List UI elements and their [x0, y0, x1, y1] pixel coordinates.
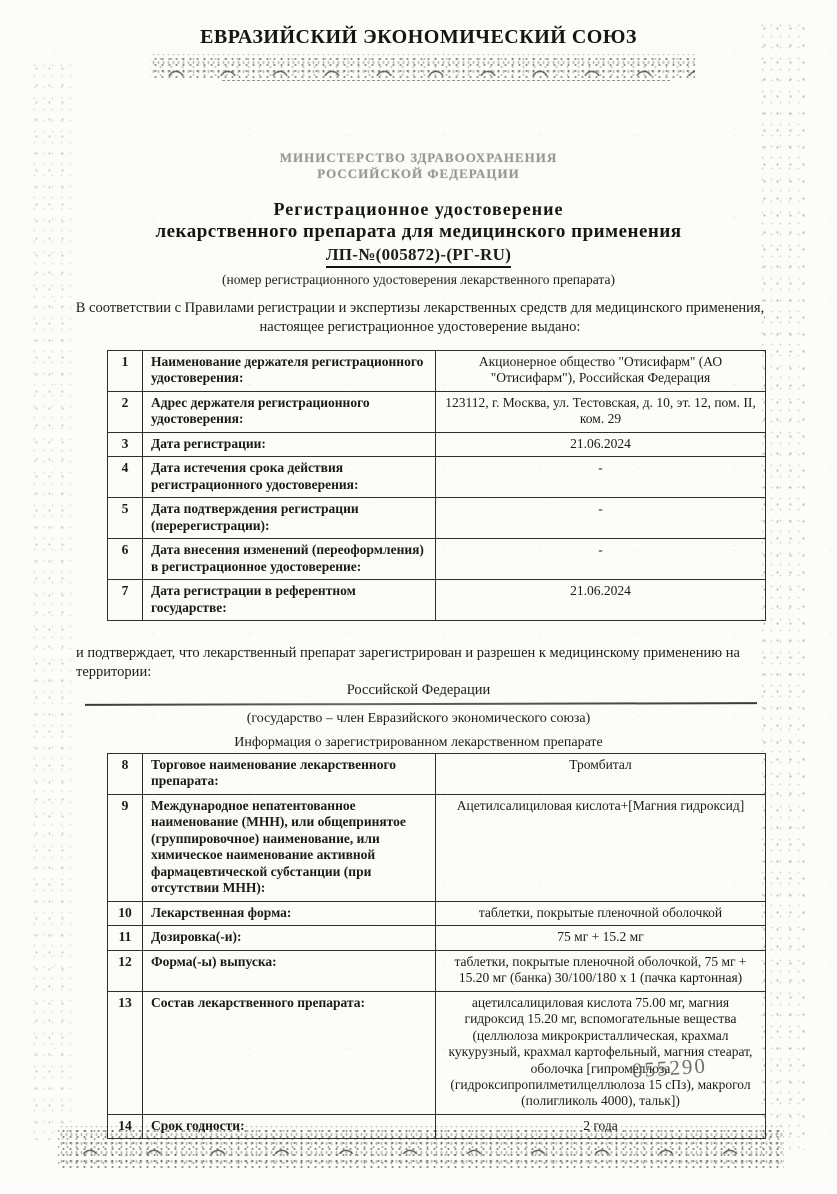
row-number: 2	[108, 391, 143, 432]
document-title: Регистрационное удостоверение лекарствен…	[0, 199, 837, 243]
row-label: Адрес держателя регистрационного удостов…	[143, 391, 436, 432]
row-label: Состав лекарственного препарата:	[143, 991, 436, 1114]
territory-caption: (государство – член Евразийского экономи…	[0, 711, 837, 727]
intro-paragraph: В соответствии с Правилами регистрации и…	[70, 299, 770, 337]
row-label: Международное непатентованное наименован…	[143, 794, 436, 901]
table-row: 8 Торговое наименование лекарственного п…	[108, 754, 766, 795]
top-guilloche-ornament	[150, 54, 695, 78]
row-label: Торговое наименование лекарственного пре…	[143, 754, 436, 795]
product-table: 8 Торговое наименование лекарственного п…	[107, 753, 766, 1139]
row-label: Форма(-ы) выпуска:	[143, 950, 436, 991]
row-value: -	[436, 498, 766, 539]
row-value: -	[436, 457, 766, 498]
info-section-title: Информация о зарегистрированном лекарств…	[0, 735, 837, 751]
row-number: 10	[108, 901, 143, 925]
table-row: 10 Лекарственная форма: таблетки, покрыт…	[108, 901, 766, 925]
row-label: Дата подтверждения регистрации (перереги…	[143, 498, 436, 539]
row-number: 1	[108, 351, 143, 392]
territory-name: Российской Федерации	[0, 682, 837, 699]
table-row: 5 Дата подтверждения регистрации (перере…	[108, 498, 766, 539]
row-number: 9	[108, 794, 143, 901]
territory-underline	[85, 702, 757, 705]
table-row: 3 Дата регистрации: 21.06.2024	[108, 432, 766, 456]
table-row: 13 Состав лекарственного препарата: ацет…	[108, 991, 766, 1114]
ministry-header: МИНИСТЕРСТВО ЗДРАВООХРАНЕНИЯ РОССИЙСКОЙ …	[0, 150, 837, 183]
table-row: 6 Дата внесения изменений (переоформлени…	[108, 539, 766, 580]
row-label: Дата регистрации:	[143, 432, 436, 456]
row-value: таблетки, покрытые пленочной оболочкой, …	[436, 950, 766, 991]
row-number: 14	[108, 1114, 143, 1138]
table-row: 1 Наименование держателя регистрационног…	[108, 351, 766, 392]
row-number: 12	[108, 950, 143, 991]
table-row: 14 Срок годности: 2 года	[108, 1114, 766, 1138]
row-number: 11	[108, 926, 143, 950]
row-label: Дозировка(-и):	[143, 926, 436, 950]
registration-number: ЛП-№(005872)-(РГ-RU)	[0, 245, 837, 268]
row-number: 8	[108, 754, 143, 795]
row-value: 21.06.2024	[436, 580, 766, 621]
row-value: -	[436, 539, 766, 580]
row-label: Дата истечения срока действия регистраци…	[143, 457, 436, 498]
row-value: Тромбитал	[436, 754, 766, 795]
registration-number-caption: (номер регистрационного удостоверения ле…	[0, 272, 837, 288]
holder-table: 1 Наименование держателя регистрационног…	[107, 350, 766, 621]
ministry-line1: МИНИСТЕРСТВО ЗДРАВООХРАНЕНИЯ	[0, 150, 837, 166]
row-number: 5	[108, 498, 143, 539]
row-value: Акционерное общество "Отисифарм" (АО "От…	[436, 351, 766, 392]
row-label: Дата внесения изменений (переоформления)…	[143, 539, 436, 580]
ministry-line2: РОССИЙСКОЙ ФЕДЕРАЦИИ	[0, 166, 837, 182]
document-title-line2: лекарственного препарата для медицинског…	[0, 221, 837, 243]
row-number: 3	[108, 432, 143, 456]
row-number: 6	[108, 539, 143, 580]
row-label: Срок годности:	[143, 1114, 436, 1138]
stamp-serial-number: 055290	[631, 1053, 708, 1083]
row-label: Дата регистрации в референтном государст…	[143, 580, 436, 621]
document-title-line1: Регистрационное удостоверение	[0, 199, 837, 220]
top-dashed-rule	[222, 80, 670, 81]
union-title: ЕВРАЗИЙСКИЙ ЭКОНОМИЧЕСКИЙ СОЮЗ	[0, 26, 837, 49]
row-value: Ацетилсалициловая кислота+[Магния гидрок…	[436, 794, 766, 901]
certificate-page: ЕВРАЗИЙСКИЙ ЭКОНОМИЧЕСКИЙ СОЮЗ МИНИСТЕРС…	[0, 0, 837, 1194]
row-value: 21.06.2024	[436, 432, 766, 456]
row-number: 4	[108, 457, 143, 498]
table-row: 4 Дата истечения срока действия регистра…	[108, 457, 766, 498]
row-value: ацетилсалициловая кислота 75.00 мг, магн…	[436, 991, 766, 1114]
row-value: 75 мг + 15.2 мг	[436, 926, 766, 950]
row-label: Наименование держателя регистрационного …	[143, 351, 436, 392]
row-label: Лекарственная форма:	[143, 901, 436, 925]
table-row: 12 Форма(-ы) выпуска: таблетки, покрытые…	[108, 950, 766, 991]
table-row: 7 Дата регистрации в референтном государ…	[108, 580, 766, 621]
table-row: 9 Международное непатентованное наименов…	[108, 794, 766, 901]
confirmation-text: и подтверждает, что лекарственный препар…	[76, 644, 782, 682]
row-value: таблетки, покрытые пленочной оболочкой	[436, 901, 766, 925]
row-value: 123112, г. Москва, ул. Тестовская, д. 10…	[436, 391, 766, 432]
row-number: 7	[108, 580, 143, 621]
table-row: 11 Дозировка(-и): 75 мг + 15.2 мг	[108, 926, 766, 950]
row-value: 2 года	[436, 1114, 766, 1138]
row-number: 13	[108, 991, 143, 1114]
table-row: 2 Адрес держателя регистрационного удост…	[108, 391, 766, 432]
